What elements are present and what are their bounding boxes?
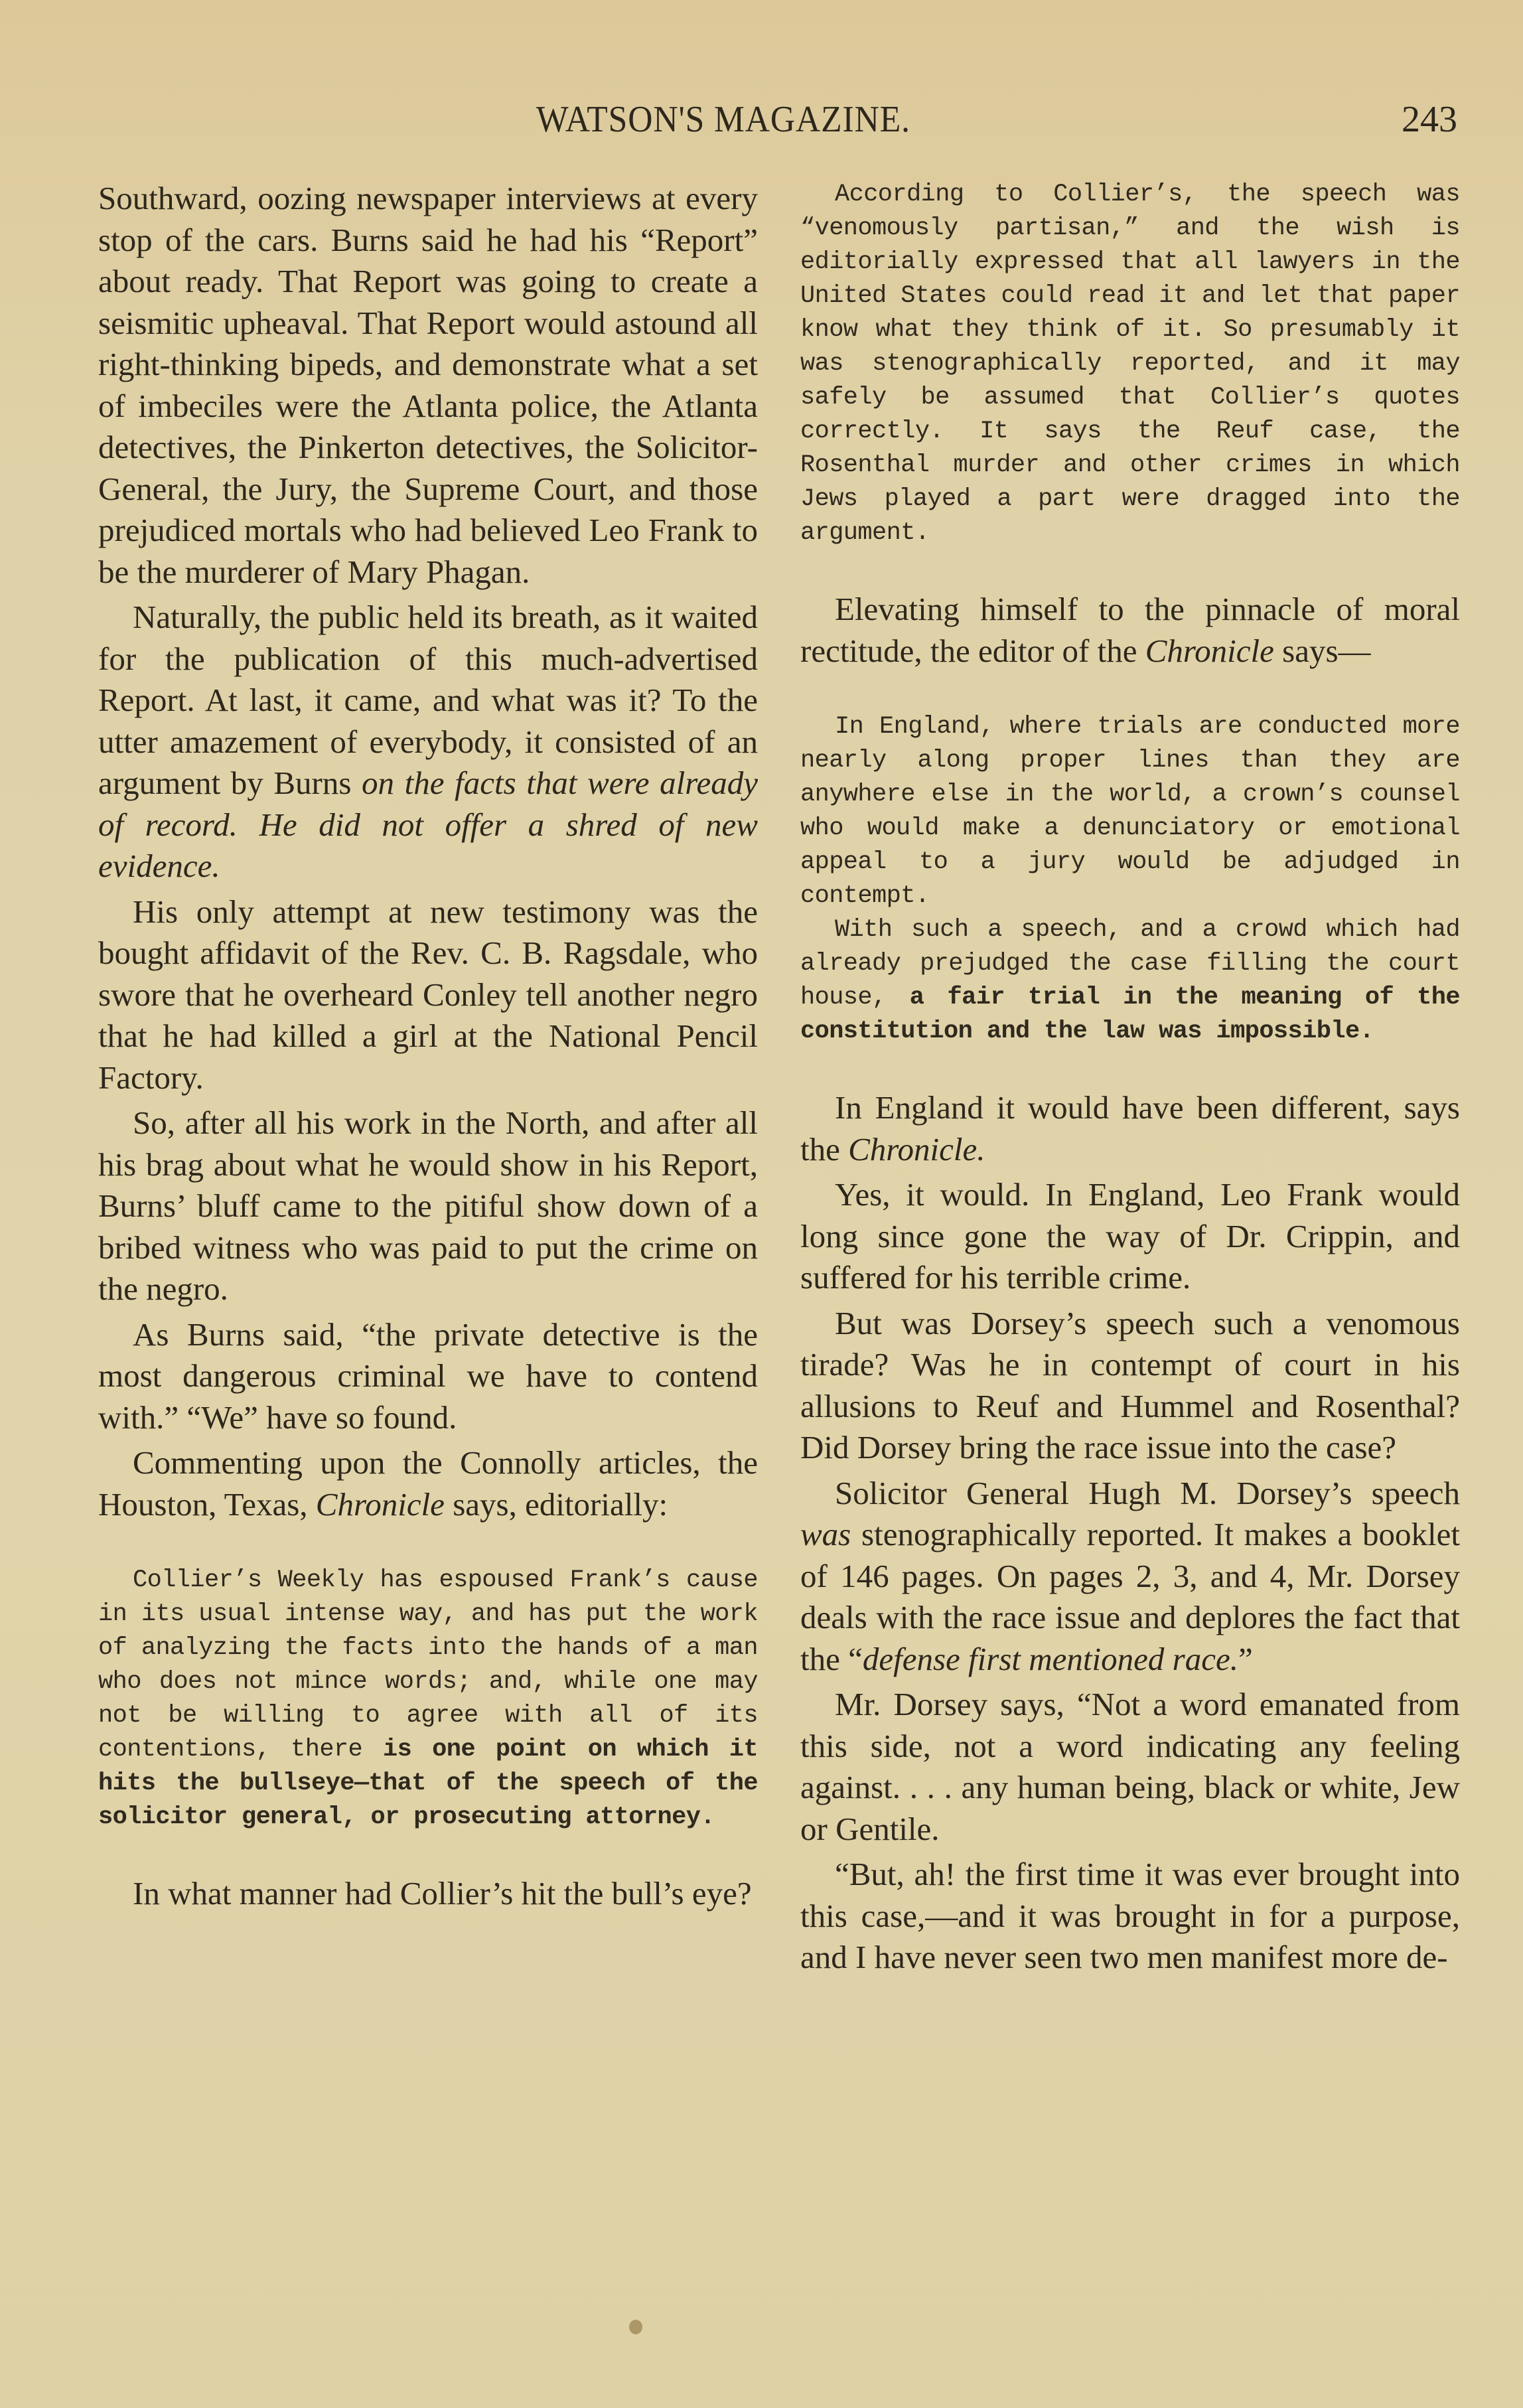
paragraph: As Burns said, “the private detective is… [98, 1314, 758, 1439]
block-quote: In England, where trials are conducted m… [800, 710, 1460, 913]
paragraph: Elevating himself to the pinnacle of mor… [800, 589, 1460, 672]
italic-text: Chronicle [316, 1486, 445, 1523]
paragraph: His only attempt at new testimony was th… [98, 891, 758, 1099]
italic-text: defense first mentioned race. [863, 1641, 1238, 1677]
paragraph: In England it would have been different,… [800, 1087, 1460, 1170]
italic-text: was [800, 1516, 851, 1552]
paragraph: Southward, oozing newspaper interviews a… [98, 178, 758, 593]
paragraph-text: ” [1238, 1641, 1253, 1677]
paragraph: Commenting upon the Connolly articles, t… [98, 1442, 758, 1525]
italic-text: Chronicle [1145, 633, 1274, 669]
paragraph-text: says, editorially: [445, 1486, 668, 1523]
paragraph-text: says— [1274, 633, 1371, 669]
running-title: WATSON'S MAGAZINE. [536, 98, 910, 141]
paragraph: Mr. Dorsey says, “Not a word emanated fr… [800, 1684, 1460, 1850]
paper-blemish [629, 2320, 642, 2334]
quote-text: Collier’s Weekly has espoused Frank’s ca… [98, 1566, 758, 1764]
page-number: 243 [1402, 98, 1457, 141]
paragraph: Solicitor General Hugh M. Dorsey’s speec… [800, 1473, 1460, 1681]
block-quote: According to Collier’s, the speech was “… [800, 178, 1460, 550]
paragraph: Yes, it would. In England, Leo Frank wou… [800, 1174, 1460, 1299]
paragraph: “But, ah! the first time it was ever bro… [800, 1854, 1460, 1979]
left-column: Southward, oozing newspaper interviews a… [98, 178, 758, 1915]
paragraph: Naturally, the public held its breath, a… [98, 597, 758, 887]
paragraph: But was Dorsey’s speech such a venomous … [800, 1303, 1460, 1469]
running-head: WATSON'S MAGAZINE. 243 [0, 98, 1523, 145]
block-quote: Collier’s Weekly has espoused Frank’s ca… [98, 1564, 758, 1835]
paragraph-text: Solicitor General Hugh M. Dorsey’s speec… [835, 1475, 1460, 1511]
paragraph: So, after all his work in the North, and… [98, 1102, 758, 1310]
magazine-page: WATSON'S MAGAZINE. 243 Southward, oozing… [0, 0, 1523, 2408]
block-quote: With such a speech, and a crowd which ha… [800, 913, 1460, 1049]
paragraph: In what manner had Collier’s hit the bul… [98, 1873, 758, 1915]
right-column: According to Collier’s, the speech was “… [800, 178, 1460, 1979]
italic-text: Chronicle. [848, 1131, 985, 1167]
